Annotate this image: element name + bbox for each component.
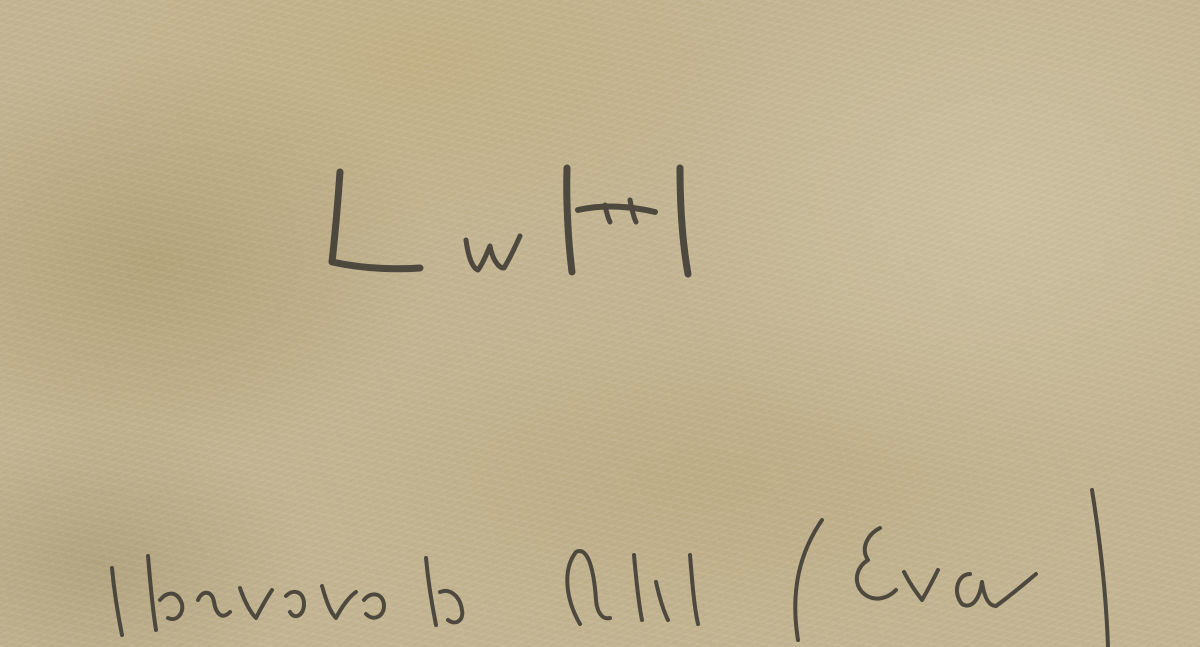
pencil-handwriting (0, 0, 1200, 647)
aged-paper: L w H Sketchbook Abt (Eva) (0, 0, 1200, 647)
inscription-bottom (112, 490, 1108, 647)
inscription-top (332, 168, 688, 274)
